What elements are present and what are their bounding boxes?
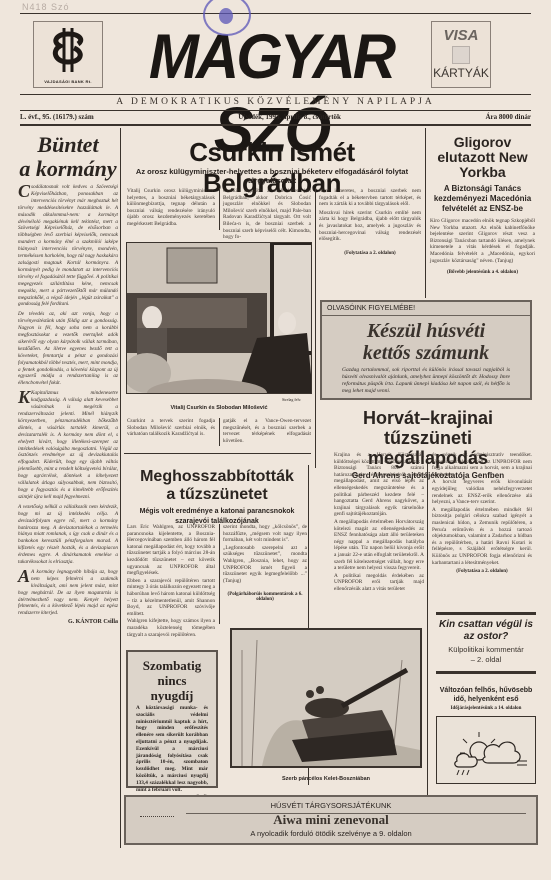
- tank-image: [232, 630, 420, 766]
- tank-caption: Szerb páncélos Kelet-Boszniában: [230, 776, 422, 782]
- easter-issue-box: OLVASÓINK FIGYELMÉBE! Készül húsvéti ket…: [320, 300, 532, 400]
- tank-photo: [230, 628, 422, 768]
- column-rule-right-bottom: [427, 455, 428, 795]
- column-rule-right-top: [425, 128, 426, 298]
- bank-logo-icon: [48, 26, 88, 74]
- gligorov-continued: (Bővebb jelentésünk a 4. oldalon): [430, 270, 535, 275]
- issue-price: Ára 8000 dinár: [485, 113, 531, 121]
- pension-headline-1: Szombatig nincs: [128, 658, 216, 688]
- editorial-text: A A kormány legnagyobb hibája az, hogy n…: [18, 569, 118, 617]
- cards-label: KÁRTYÁK: [432, 66, 490, 80]
- horvat-continued: (Folytatása a 2. oldalon): [432, 569, 532, 574]
- weather-box: [436, 716, 536, 784]
- photo-csurkin-milosevic: [127, 243, 312, 394]
- gligorov-headline: Gligorov elutazott New Yorkba: [430, 135, 535, 180]
- easter-headline-1: Készül húsvéti: [322, 320, 530, 342]
- gligorov-story: Gligorov elutazott New Yorkba A Biztonsá…: [430, 135, 535, 275]
- caption-col-1: Csurkint a tervek szerint fogadja Slobod…: [127, 418, 215, 438]
- ceasefire-continued: (Polgárháborúis kommentárok a 6. oldalon…: [223, 592, 307, 602]
- column-rule-left: [120, 128, 121, 848]
- bank-logo-caption: VAJDASÁGI BANK Rt.: [34, 79, 102, 84]
- teaser-page: – 2. oldal: [436, 655, 536, 665]
- ceasefire-story: Meghosszabbították a tűzszünetet Mégis v…: [124, 468, 310, 527]
- editorial-headline-1: Büntet: [18, 133, 118, 157]
- editorial-text: C sodálatosnak volt kedves a Szövetségi …: [18, 184, 118, 308]
- caption-col-2: gatják el a Vance-Owen-tervezet megszűné…: [223, 418, 311, 444]
- sidebar-bottom: Kin csattan végül is az ostor? Külpoliti…: [436, 612, 536, 784]
- pension-box: Szombatig nincs nyugdíj A köztársasági m…: [126, 650, 218, 788]
- newspaper-title: MAGYAR SZÓ: [112, 20, 430, 94]
- newspaper-subtitle: A DEMOKRATIKUS KÖZVÉLEMÉNY NAPILAPJA: [20, 97, 531, 107]
- easter-headline-2: kettős számunk: [322, 342, 530, 364]
- editorial-signature: G. KÁNTOR Csilla: [18, 619, 118, 625]
- photo-caption: Vitalij Csurkin és Slobodan Milošević: [126, 405, 312, 411]
- archive-note: N418 Szó: [22, 2, 70, 12]
- issue-info-row: L. évf., 95. (16179.) szám Újvidék, 1993…: [20, 113, 531, 121]
- masthead-rule: [20, 94, 531, 95]
- weather-cloud-sun-rain-icon: [437, 717, 535, 783]
- easter-text: Gazdag tartalommal, sok riporttal és kül…: [322, 367, 530, 395]
- lead-col-2: Csurkin legutóbb a múlt héten járt Belgr…: [223, 188, 311, 241]
- editorial-text: K Kapitalizmus mindenesetre kadjgazdaság…: [18, 390, 118, 501]
- dropcap: C: [18, 184, 30, 198]
- pension-text: A köztársasági munka- és szociális védel…: [128, 705, 216, 793]
- pension-headline-2: nyugdíj: [128, 688, 216, 703]
- bank-logo-ad: VAJDASÁGI BANK Rt.: [33, 21, 103, 88]
- gligorov-subheadline: A Biztonsági Tanács kezdeményezi Macedón…: [430, 184, 535, 214]
- issue-rule: [20, 124, 531, 126]
- masthead-top-rule: [20, 13, 531, 14]
- editorial-text: A vezetőség nélkül a vállalkozók nem kér…: [18, 504, 118, 566]
- easter-box-label: OLVASÓINK FIGYELMÉBE!: [322, 302, 530, 316]
- weather-headline: Változóan felhős, hűvösebb idő, helyenké…: [436, 686, 536, 704]
- teaser-headline: Kin csattan végül is az ostor?: [436, 619, 536, 643]
- lead-continued: (Folytatása a 2. oldalon): [319, 251, 421, 256]
- issue-number: L. évf., 95. (16179.) szám: [20, 113, 94, 121]
- lottery-title: Aiwa mini zenevonal: [126, 812, 536, 828]
- lottery-sub: A nyolcadik forduló ötödik szelvénye a 9…: [126, 829, 536, 838]
- teaser-sub: Külpolitikai kommentár: [436, 645, 536, 655]
- issue-date: Újvidék, 1993. április 8., csütörtök: [238, 113, 341, 121]
- horvat-col-1: Krajina és a Horvát Köztársaság küldötts…: [334, 452, 424, 592]
- visa-ad: VISA KÁRTYÁK: [431, 21, 491, 88]
- ceasefire-headline-2: a tűzszünetet: [124, 486, 310, 504]
- lottery-label: HÚSVÉTI TÁRGYSORSJÁTÉKUNK: [126, 797, 536, 810]
- horvat-headline-1: Horvát–krajinai tűzszüneti: [318, 408, 538, 448]
- visa-label: VISA: [432, 27, 490, 44]
- lead-photo: [126, 242, 312, 394]
- ceasefire-col-1: Lars Eric Wahlgren, az UNPROFOR parancsn…: [127, 524, 215, 638]
- lead-col-1: Vitalij Csurkin orosz külügyminiszter-he…: [127, 188, 215, 228]
- lottery-banner: HÚSVÉTI TÁRGYSORSJÁTÉKUNK Aiwa mini zene…: [124, 795, 538, 845]
- editorial-column: Büntet a kormány C sodálatosnak volt ked…: [18, 133, 118, 625]
- photo-credit: Strelag felv.: [282, 397, 301, 402]
- card-logo-icon: [452, 46, 470, 64]
- editorial-headline-2: a kormány: [18, 157, 118, 181]
- decorative-ornament-icon: [140, 809, 174, 817]
- horvat-col-2: és végzik az adminisztratív teendőket. N…: [432, 452, 532, 574]
- ceasefire-col-2: szerint mondta, hogy „kölcsönös”, de hoz…: [223, 524, 307, 602]
- editorial-text: De tévedés az, aki azt vonja, hogy a tör…: [18, 311, 118, 387]
- ceasefire-headline-1: Meghosszabbították: [124, 468, 310, 486]
- lead-col-3: Mint ismeretes, a boszniai szerbek nem f…: [319, 188, 421, 256]
- weather-sub: Időjárásjelentésünk a 14. oldalon: [436, 706, 536, 711]
- subtitle-rule: [20, 110, 531, 111]
- lead-subheadline: Az orosz külügyminiszter-helyettes a bos…: [125, 167, 419, 185]
- gligorov-text: Kiro Gligorov macedón elnök tegnap Szkop…: [430, 218, 535, 264]
